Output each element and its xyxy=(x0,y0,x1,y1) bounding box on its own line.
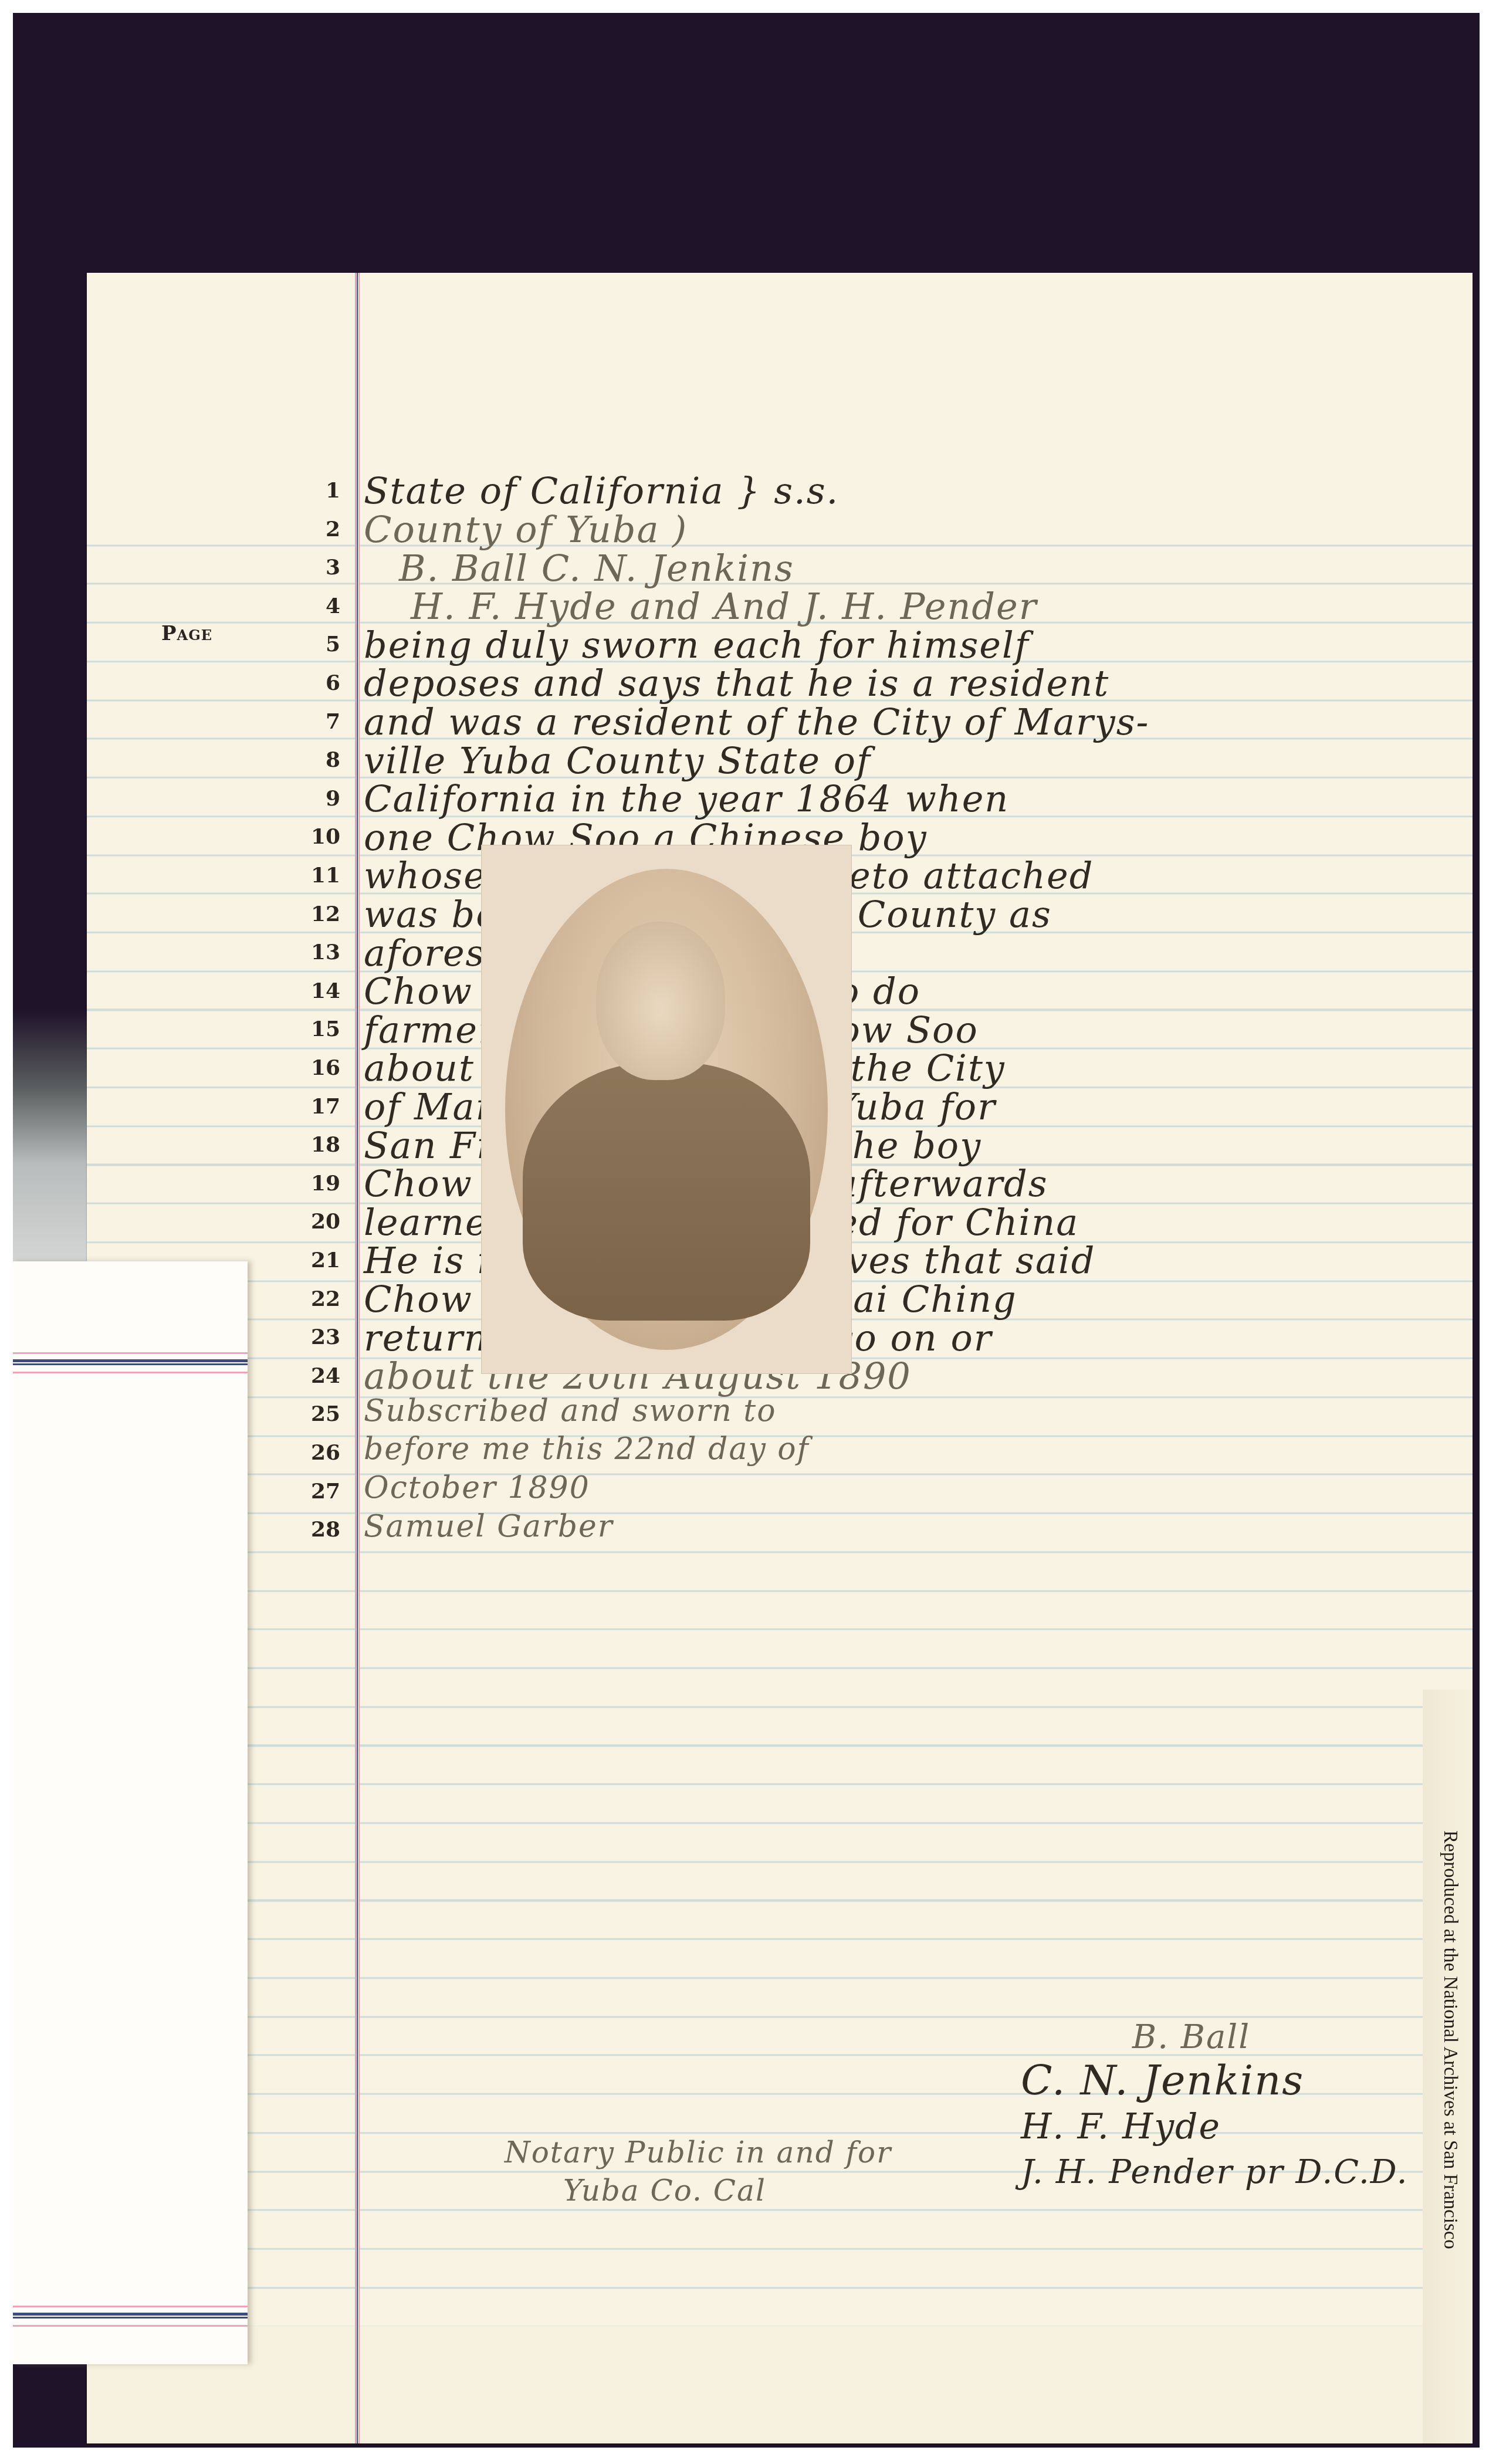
text-line: deposes and says that he is a resident xyxy=(364,662,1109,705)
signature: B. Ball xyxy=(1132,2018,1250,2056)
photo-portrait xyxy=(481,845,852,1374)
line-number: 20 xyxy=(305,1209,340,1234)
line-number: 4 xyxy=(305,594,340,618)
text-line: Subscribed and sworn to xyxy=(364,1393,776,1429)
line-number: 13 xyxy=(305,940,340,964)
text-line: County of Yuba ) xyxy=(364,508,688,551)
notary-line: Yuba Co. Cal xyxy=(563,2174,766,2208)
text-line: before me this 22nd day of xyxy=(364,1431,810,1467)
text-line: California in the year 1864 when xyxy=(364,777,1009,820)
line-number: 10 xyxy=(305,824,340,849)
text-line: being duly sworn each for himself xyxy=(364,624,1030,666)
line-number: 11 xyxy=(305,863,340,888)
line-number: 23 xyxy=(305,1325,340,1349)
line-number: 6 xyxy=(305,671,340,695)
line-number: 27 xyxy=(305,1479,340,1504)
line-number: 22 xyxy=(305,1287,340,1311)
line-number: 15 xyxy=(305,1017,340,1041)
line-number: 24 xyxy=(305,1363,340,1388)
text-line: ville Yuba County State of xyxy=(364,739,871,782)
signature: J. H. Pender pr D.C.D. xyxy=(1021,2153,1409,2191)
text-line: H. F. Hyde and And J. H. Pender xyxy=(411,585,1037,628)
line-number: 21 xyxy=(305,1248,340,1272)
signature: H. F. Hyde xyxy=(1021,2106,1221,2147)
text-line: Samuel Garber xyxy=(364,1509,614,1544)
text-line: B. Ball C. N. Jenkins xyxy=(399,547,794,590)
line-number: 16 xyxy=(305,1055,340,1080)
line-number: 18 xyxy=(305,1132,340,1157)
line-number: 26 xyxy=(305,1440,340,1465)
notary-line: Notary Public in and for xyxy=(505,2135,892,2169)
archive-stamp: Reproduced at the National Archives at S… xyxy=(1431,1830,1467,2089)
line-number: 2 xyxy=(305,517,340,541)
line-number: 14 xyxy=(305,979,340,1003)
cover-rule-band-bottom xyxy=(13,2306,248,2328)
photo-figure-head xyxy=(596,922,725,1080)
line-number: 28 xyxy=(305,1517,340,1542)
text-line: and was a resident of the City of Marys- xyxy=(364,700,1149,743)
line-number: 17 xyxy=(305,1094,340,1119)
page-label: Page xyxy=(161,622,212,645)
photo-figure-body xyxy=(523,1062,810,1321)
line-number: 9 xyxy=(305,786,340,811)
cover-rule-band-top xyxy=(13,1352,248,1375)
line-number: 8 xyxy=(305,747,340,772)
line-number: 25 xyxy=(305,1402,340,1426)
line-number: 12 xyxy=(305,902,340,926)
line-number: 1 xyxy=(305,478,340,503)
line-number: 5 xyxy=(305,632,340,656)
margin-rule xyxy=(355,273,360,2443)
folded-cover-sheet xyxy=(13,1261,248,2364)
text-line: State of California } s.s. xyxy=(364,469,839,512)
line-number: 3 xyxy=(305,555,340,580)
line-number: 19 xyxy=(305,1171,340,1196)
text-line: October 1890 xyxy=(364,1470,590,1505)
line-number: 7 xyxy=(305,709,340,734)
signature: C. N. Jenkins xyxy=(1021,2056,1304,2104)
